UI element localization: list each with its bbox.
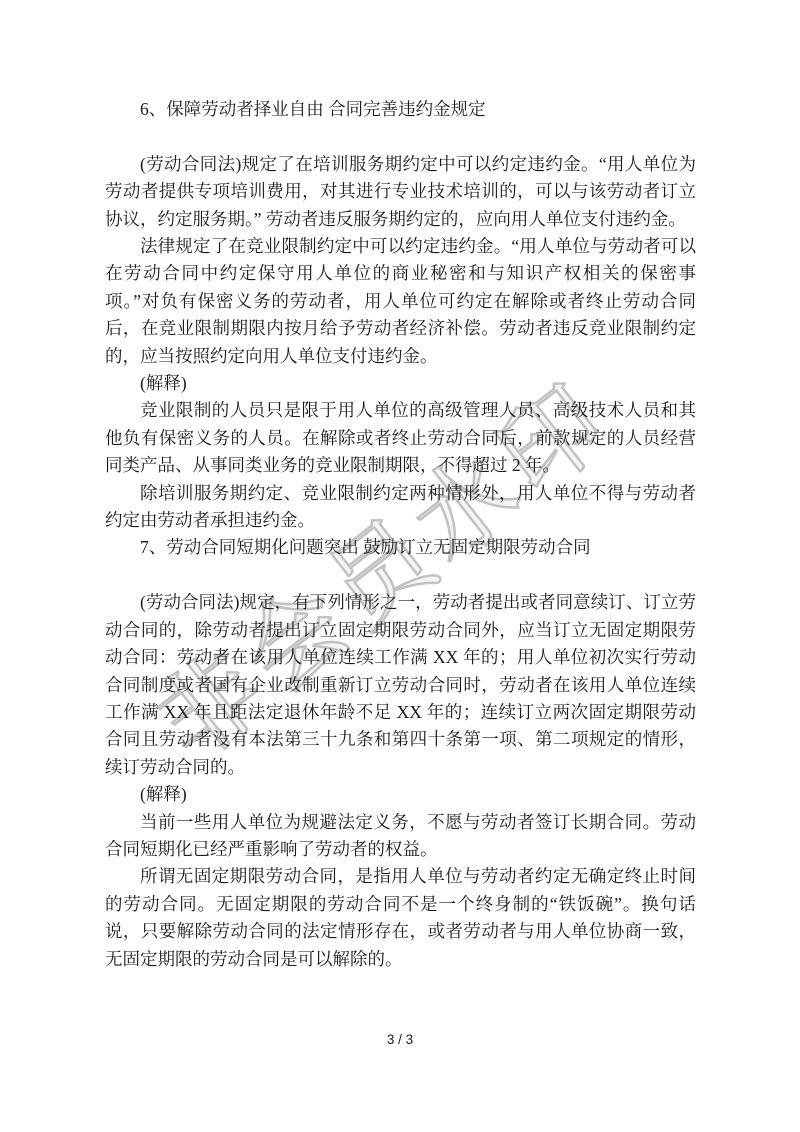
paragraph: 竞业限制的人员只是限于用人单位的高级管理人员、高级技术人员和其他负有保密义务的人…	[105, 397, 696, 479]
paragraph: (解释)	[105, 370, 696, 397]
paragraph: (劳动合同法)规定了在培训服务期约定中可以约定违约金。“用人单位为劳动者提供专项…	[105, 151, 696, 233]
paragraph: 法律规定了在竞业限制约定中可以约定违约金。“用人单位与劳动者可以在劳动合同中约定…	[105, 233, 696, 370]
page-number: 3 / 3	[0, 1032, 800, 1047]
paragraph: 除培训服务期约定、竞业限制约定两种情形外，用人单位不得与劳动者约定由劳动者承担违…	[105, 480, 696, 535]
paragraph: (劳动合同法)规定，有下列情形之一，劳动者提出或者同意续订、订立劳动合同的，除劳…	[105, 589, 696, 781]
section-heading: 6、保障劳动者择业自由 合同完善违约金规定	[105, 96, 696, 123]
blank-line	[105, 123, 696, 150]
paragraph: 当前一些用人单位为规避法定义务，不愿与劳动者签订长期合同。劳动合同短期化已经严重…	[105, 809, 696, 864]
paragraph: (解释)	[105, 781, 696, 808]
blank-line	[105, 562, 696, 589]
document-body: 6、保障劳动者择业自由 合同完善违约金规定(劳动合同法)规定了在培训服务期约定中…	[105, 96, 696, 973]
paragraph: 所谓无固定期限劳动合同，是指用人单位与劳动者约定无确定终止时间的劳动合同。无固定…	[105, 863, 696, 973]
section-heading: 7、劳动合同短期化问题突出 鼓励订立无固定期限劳动合同	[105, 534, 696, 561]
document-page: 非会员水印 6、保障劳动者择业自由 合同完善违约金规定(劳动合同法)规定了在培训…	[0, 0, 800, 1132]
